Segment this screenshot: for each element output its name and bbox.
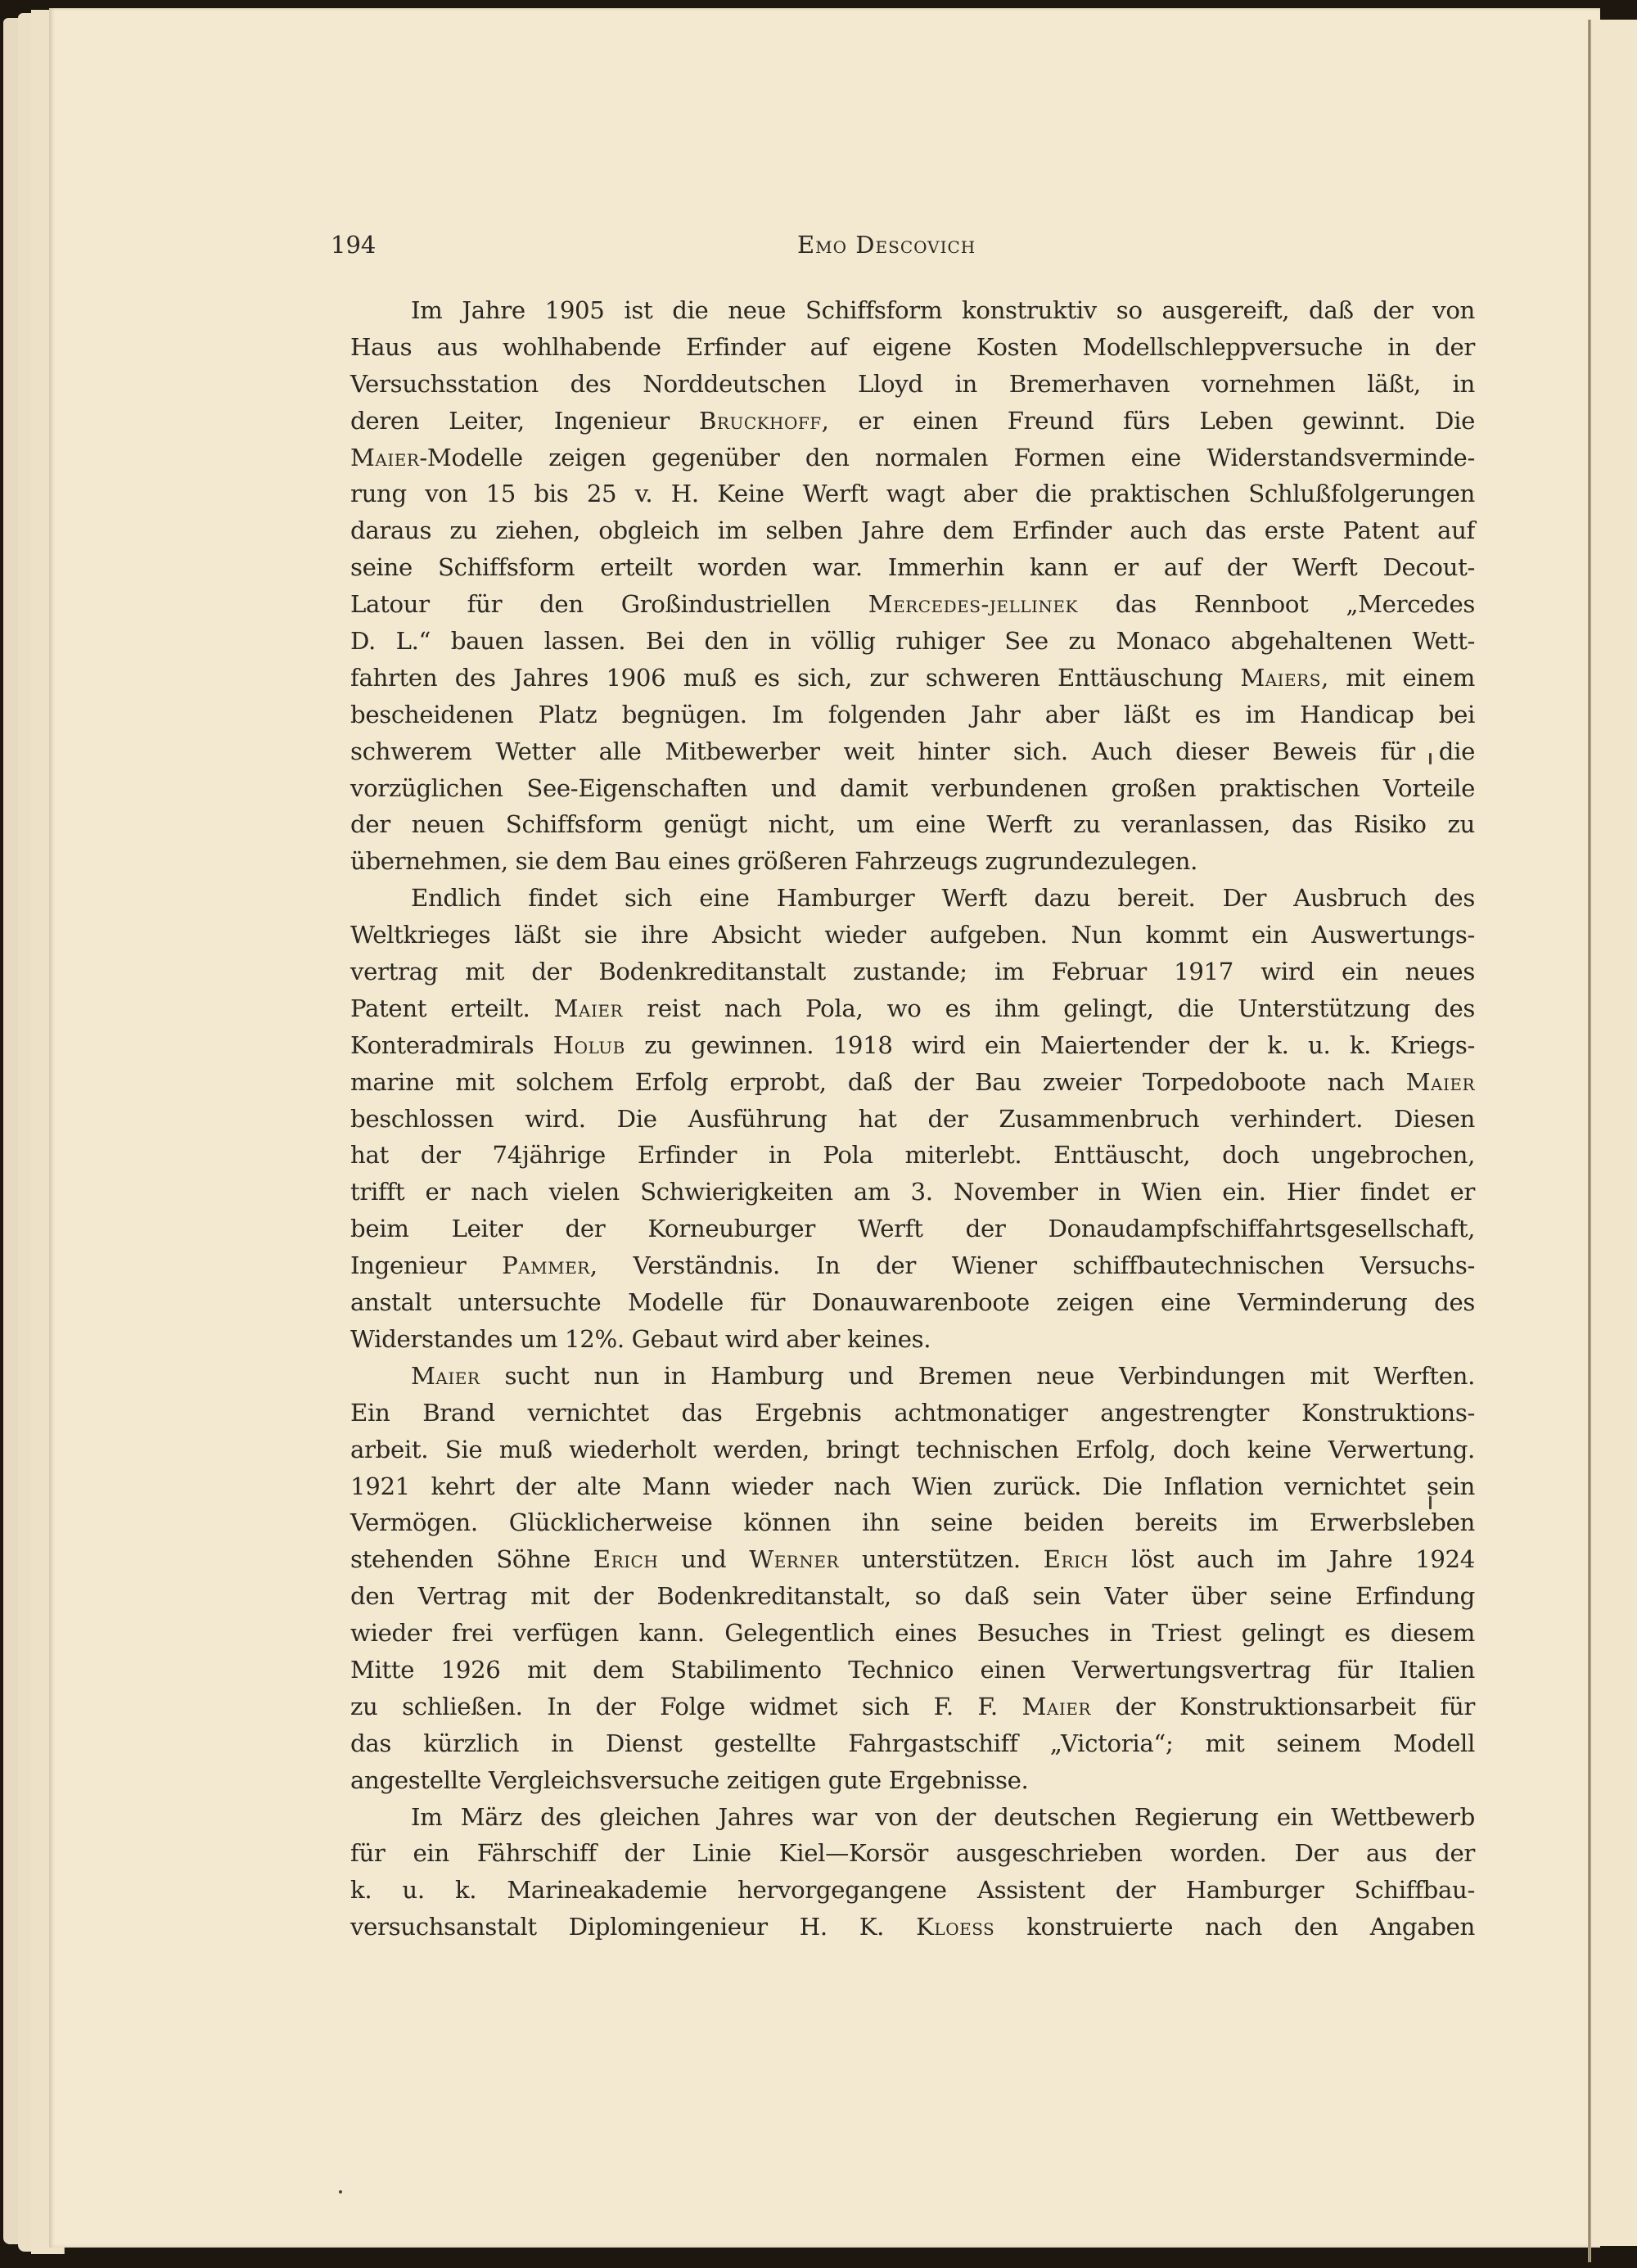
text-line: für ein Fährschiff der Linie Kiel—Korsör… xyxy=(350,1835,1475,1872)
scan-speck xyxy=(1429,753,1432,764)
text-line: angestellte Vergleichsversuche zeitigen … xyxy=(350,1762,1475,1799)
small-caps-name: Maier xyxy=(411,1362,480,1390)
text-line: stehenden Söhne Erich und Werner unterst… xyxy=(350,1541,1475,1578)
text-line: vorzüglichen See-Eigenschaften und damit… xyxy=(350,770,1475,807)
text-line: das kürzlich in Dienst gestellte Fahrgas… xyxy=(350,1725,1475,1762)
running-title: Emo Descovich xyxy=(797,231,976,259)
text-line: Haus aus wohlhabende Erfinder auf eigene… xyxy=(350,329,1475,366)
text-line: übernehmen, sie dem Bau eines größeren F… xyxy=(350,843,1475,880)
small-caps-name: Werner xyxy=(749,1545,839,1573)
text-line: der neuen Schiffsform genügt nicht, um e… xyxy=(350,806,1475,843)
text-line: Weltkrieges läßt sie ihre Absicht wieder… xyxy=(350,917,1475,954)
text-line: bescheidenen Platz begnügen. Im folgende… xyxy=(350,697,1475,733)
text-line: Im Jahre 1905 ist die neue Schiffsform k… xyxy=(350,292,1475,329)
text-line: zu schließen. In der Folge widmet sich F… xyxy=(350,1689,1475,1725)
small-caps-name: Kloess xyxy=(916,1913,994,1941)
text-line: Endlich findet sich eine Hamburger Werft… xyxy=(350,880,1475,917)
body-text: Im Jahre 1905 ist die neue Schiffsform k… xyxy=(350,292,1475,1946)
small-caps-name: Maiers xyxy=(1240,664,1321,692)
text-line: den Vertrag mit der Bodenkreditanstalt, … xyxy=(350,1578,1475,1615)
text-line: anstalt untersuchte Modelle für Donauwar… xyxy=(350,1284,1475,1321)
text-line: k. u. k. Marineakademie hervorgegangene … xyxy=(350,1872,1475,1909)
text-line: versuchsanstalt Diplomingenieur H. K. Kl… xyxy=(350,1909,1475,1946)
small-caps-name: Erich xyxy=(593,1545,659,1573)
text-line: beschlossen wird. Die Ausführung hat der… xyxy=(350,1101,1475,1138)
text-line: beim Leiter der Korneuburger Werft der D… xyxy=(350,1211,1475,1247)
text-line: wieder frei verfügen kann. Gelegentlich … xyxy=(350,1615,1475,1652)
text-line: Im März des gleichen Jahres war von der … xyxy=(350,1799,1475,1836)
text-line: arbeit. Sie muß wiederholt werden, bring… xyxy=(350,1432,1475,1468)
text-line: Vermögen. Glücklicherweise können ihn se… xyxy=(350,1504,1475,1541)
text-line: Ingenieur Pammer, Verständnis. In der Wi… xyxy=(350,1247,1475,1284)
small-caps-name: Maier xyxy=(1406,1068,1475,1096)
small-caps-name: Maier xyxy=(1022,1693,1091,1720)
text-line: rung von 15 bis 25 v. H. Keine Werft wag… xyxy=(350,476,1475,512)
text-line: Maier-Modelle zeigen gegenüber den norma… xyxy=(350,440,1475,476)
small-caps-name: Maier xyxy=(554,994,623,1022)
small-caps-name: Bruckhoff xyxy=(699,407,822,435)
text-line: Maier sucht nun in Hamburg und Bremen ne… xyxy=(350,1358,1475,1395)
small-caps-name: Erich xyxy=(1044,1545,1109,1573)
text-line: Konteradmirals Holub zu gewinnen. 1918 w… xyxy=(350,1027,1475,1064)
scan-speck xyxy=(1429,1496,1432,1509)
small-caps-name: Maier xyxy=(350,444,419,471)
text-line: D. L.“ bauen lassen. Bei den in völlig r… xyxy=(350,623,1475,660)
text-line: daraus zu ziehen, obgleich im selben Jah… xyxy=(350,512,1475,549)
text-line: Latour für den Großindustriellen Mercede… xyxy=(350,586,1475,623)
small-caps-name: Mercedes-jellinek xyxy=(868,590,1078,618)
text-line: Ein Brand vernichtet das Ergebnis achtmo… xyxy=(350,1395,1475,1432)
text-line: seine Schiffsform erteilt worden war. Im… xyxy=(350,549,1475,586)
page-number: 194 xyxy=(331,231,376,259)
text-line: 1921 kehrt der alte Mann wieder nach Wie… xyxy=(350,1468,1475,1505)
facing-page-edge xyxy=(1591,20,1637,2246)
scan-speck xyxy=(339,2190,342,2194)
scanned-book-page: 194 Emo Descovich Im Jahre 1905 ist die … xyxy=(0,0,1637,2268)
text-line: fahrten des Jahres 1906 muß es sich, zur… xyxy=(350,660,1475,697)
text-line: Patent erteilt. Maier reist nach Pola, w… xyxy=(350,990,1475,1027)
text-line: deren Leiter, Ingenieur Bruckhoff, er ei… xyxy=(350,403,1475,440)
text-line: vertrag mit der Bodenkreditanstalt zusta… xyxy=(350,954,1475,990)
text-line: Mitte 1926 mit dem Stabilimento Technico… xyxy=(350,1652,1475,1689)
text-line: Versuchsstation des Norddeutschen Lloyd … xyxy=(350,366,1475,403)
text-line: Widerstandes um 12%. Gebaut wird aber ke… xyxy=(350,1321,1475,1358)
small-caps-name: Pammer xyxy=(502,1251,590,1279)
text-line: trifft er nach vielen Schwierigkeiten am… xyxy=(350,1174,1475,1211)
text-line: schwerem Wetter alle Mitbewerber weit hi… xyxy=(350,733,1475,770)
text-line: marine mit solchem Erfolg erprobt, daß d… xyxy=(350,1064,1475,1101)
small-caps-name: Holub xyxy=(553,1031,625,1059)
text-line: hat der 74jährige Erfinder in Pola miter… xyxy=(350,1137,1475,1174)
